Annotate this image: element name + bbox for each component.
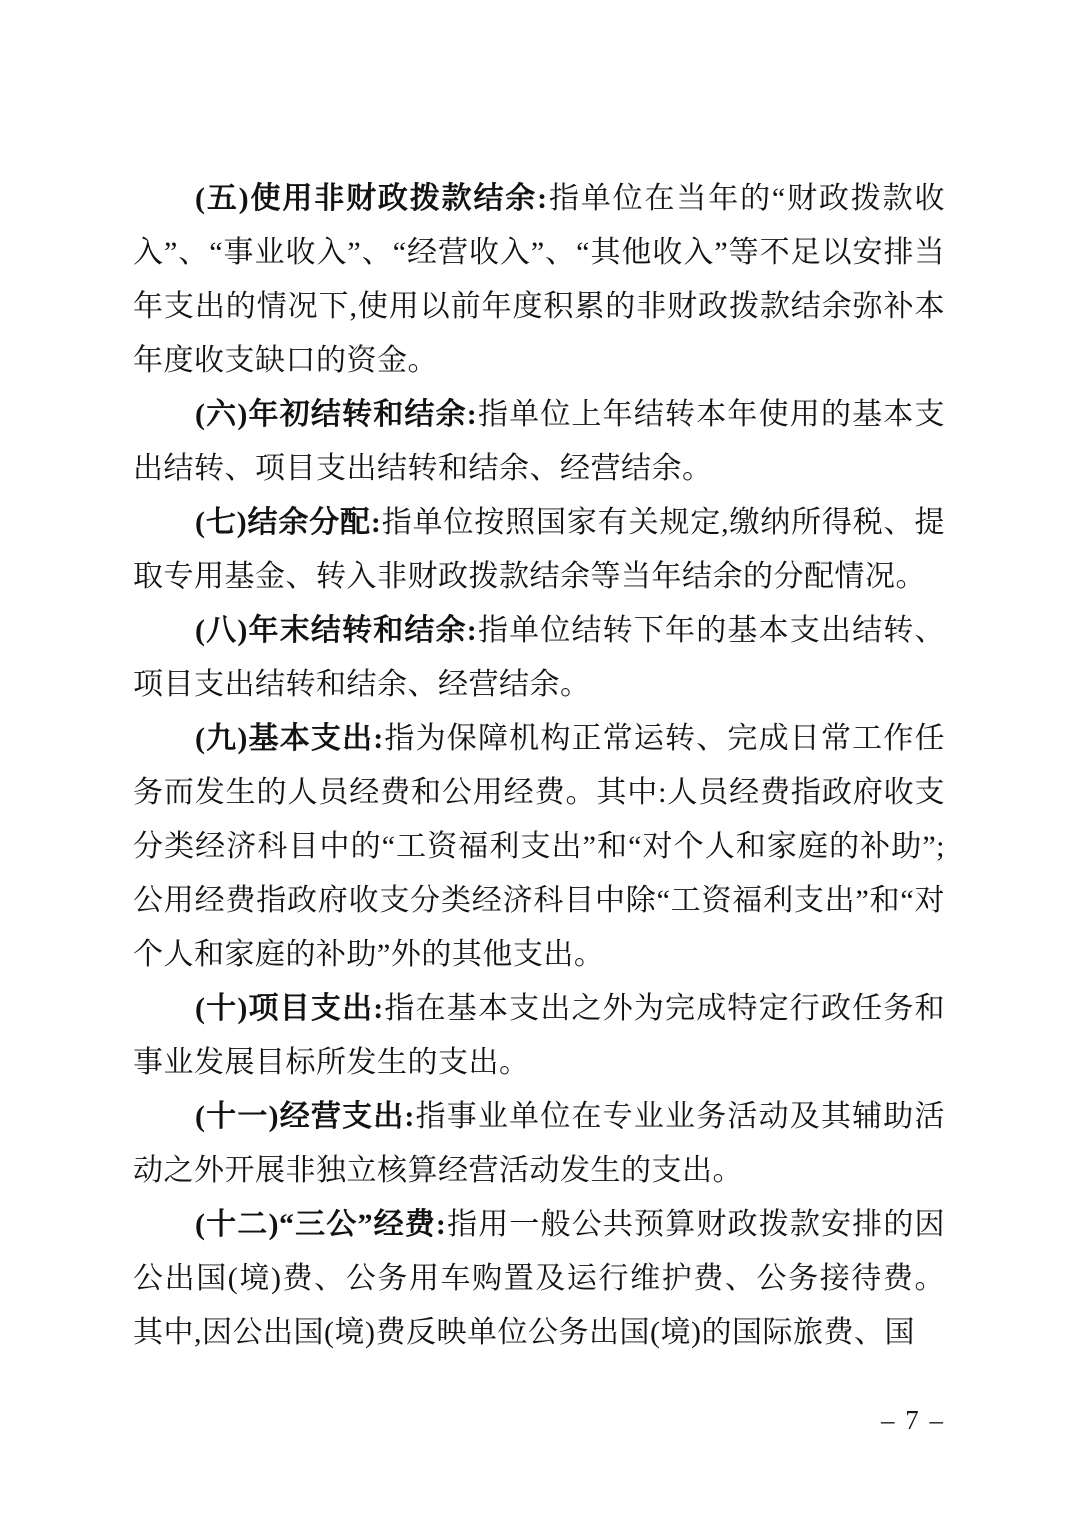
definition-term: (九)基本支出: [195, 722, 384, 755]
page-number: – 7 – [872, 1404, 952, 1436]
definition-term: (十一)经营支出: [195, 1100, 415, 1133]
definition-term: (五)使用非财政拨款结余: [195, 182, 548, 215]
definition-term: (七)结余分配: [195, 506, 381, 539]
definition-text: 指为保障机构正常运转、完成日常工作任务而发生的人员经费和公用经费。其中:人员经费… [133, 722, 945, 971]
definition-paragraph: (八)年末结转和结余:指单位结转下年的基本支出结转、项目支出结转和结余、经营结余… [133, 604, 945, 712]
definition-paragraph: (六)年初结转和结余:指单位上年结转本年使用的基本支出结转、项目支出结转和结余、… [133, 388, 945, 496]
definition-paragraph: (五)使用非财政拨款结余:指单位在当年的“财政拨款收入”、“事业收入”、“经营收… [133, 172, 945, 388]
definition-term: (十二)“三公”经费: [195, 1208, 446, 1241]
definition-term: (六)年初结转和结余: [195, 398, 477, 431]
definition-paragraph: (九)基本支出:指为保障机构正常运转、完成日常工作任务而发生的人员经费和公用经费… [133, 712, 945, 982]
definition-paragraph: (十一)经营支出:指事业单位在专业业务活动及其辅助活动之外开展非独立核算经营活动… [133, 1090, 945, 1198]
definition-paragraph: (七)结余分配:指单位按照国家有关规定,缴纳所得税、提取专用基金、转入非财政拨款… [133, 496, 945, 604]
definition-paragraph: (十二)“三公”经费:指用一般公共预算财政拨款安排的因公出国(境)费、公务用车购… [133, 1198, 945, 1360]
definition-term: (十)项目支出: [195, 992, 384, 1025]
definition-paragraph: (十)项目支出:指在基本支出之外为完成特定行政任务和事业发展目标所发生的支出。 [133, 982, 945, 1090]
definitions-section: (五)使用非财政拨款结余:指单位在当年的“财政拨款收入”、“事业收入”、“经营收… [133, 172, 945, 1360]
document-page: (五)使用非财政拨款结余:指单位在当年的“财政拨款收入”、“事业收入”、“经营收… [0, 0, 1075, 1520]
definition-term: (八)年末结转和结余: [195, 614, 477, 647]
